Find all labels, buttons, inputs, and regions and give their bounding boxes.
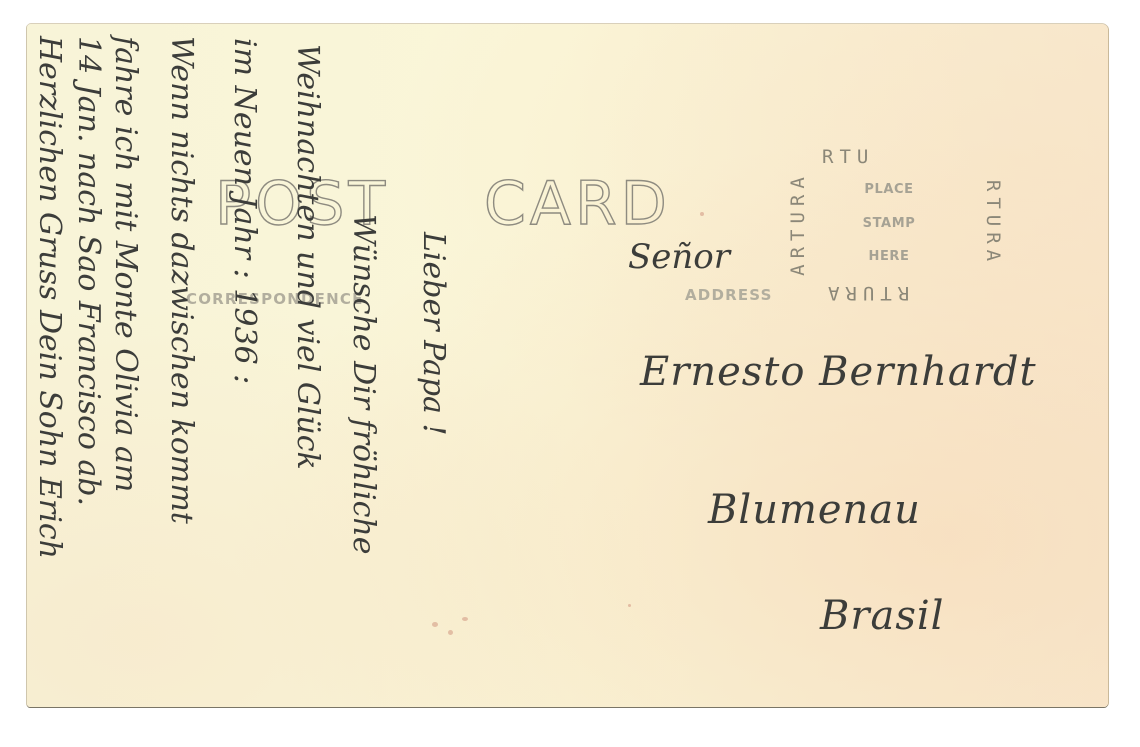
message-line: im Neuen Jahr : 1936 :	[229, 38, 259, 384]
address-salutation: Señor	[628, 240, 730, 274]
stamp-text-stamp: STAMP	[844, 216, 934, 231]
message-line: fahre ich mit Monte Olivia am	[110, 36, 140, 492]
paper-stain	[432, 622, 438, 627]
message-line: Herzlichen Gruss Dein Sohn Erich	[34, 36, 64, 559]
correspondence-label: CORRESPONDENCE	[186, 290, 364, 308]
address-city: Blumenau	[708, 490, 921, 530]
message-line: Wünsche Dir fröhliche	[348, 214, 378, 555]
stamp-text-here: HERE	[844, 249, 934, 264]
paper-stain	[448, 630, 453, 635]
stamp-box: RTU RTURA ARTURA RTURA PLACE STAMP HERE	[812, 144, 970, 304]
message-line: Wenn nichts dazwischen kommt	[166, 36, 196, 524]
message-line: 14 Jan. nach Sao Francisco ab.	[73, 36, 103, 506]
printed-title-card: CARD	[484, 174, 671, 234]
stamp-edge-top: RTU	[822, 148, 874, 167]
address-label: ADDRESS	[685, 286, 773, 304]
paper-stain	[628, 604, 631, 607]
stamp-edge-right: RTURA	[983, 180, 1002, 267]
address-name: Ernesto Bernhardt	[640, 352, 1037, 392]
message-line: Lieber Papa !	[418, 232, 448, 436]
address-country: Brasil	[820, 596, 944, 636]
stamp-text-place: PLACE	[844, 182, 934, 197]
paper-stain	[462, 617, 468, 621]
message-line: Weihnachten und viel Glück	[292, 44, 322, 470]
paper-stain	[700, 212, 704, 216]
stamp-edge-left: ARTURA	[789, 171, 808, 276]
stamp-edge-bottom: RTURA	[822, 283, 909, 302]
